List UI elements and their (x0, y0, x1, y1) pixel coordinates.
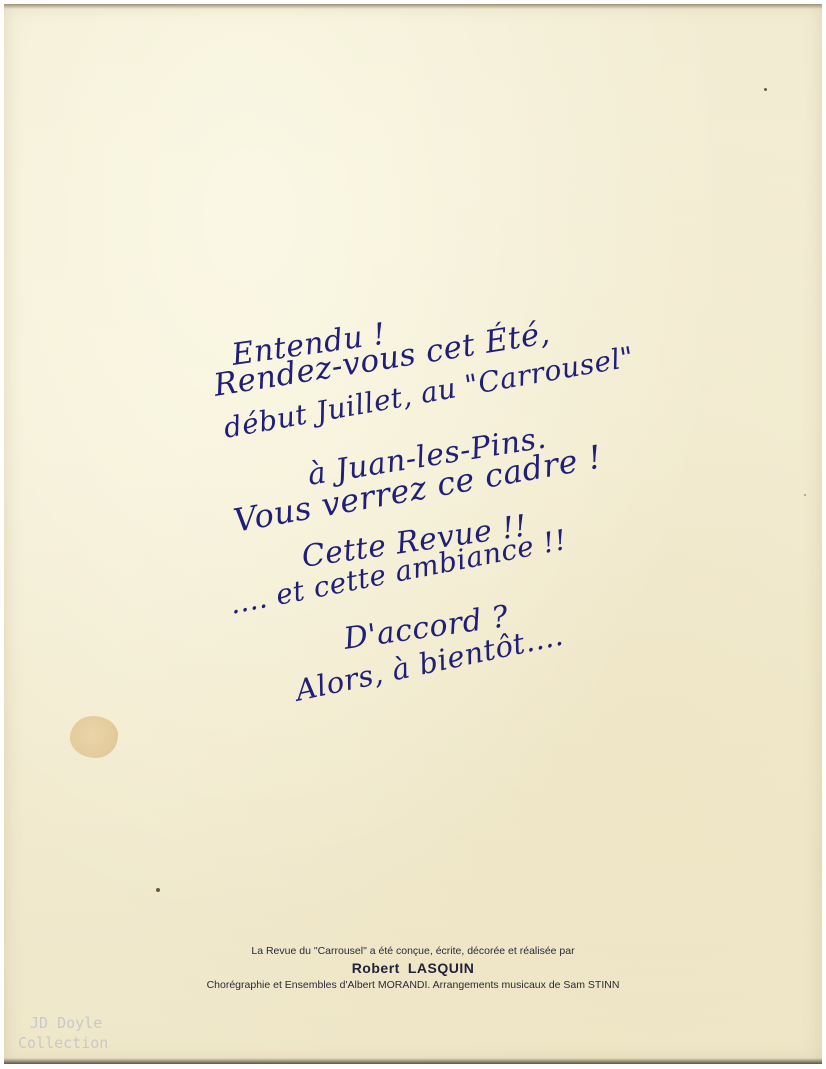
printed-credits: La Revue du "Carrousel" a été conçue, éc… (0, 944, 826, 992)
credit-line-2: Chorégraphie et Ensembles d'Albert MORAN… (0, 978, 826, 992)
collection-watermark: JD Doyle Collection (18, 1013, 108, 1053)
handwritten-note: Entendu ! Rendez-vous cet Été, début Jui… (0, 0, 826, 1069)
author-name: RobertLASQUIN (0, 958, 826, 978)
watermark-line-2: Collection (18, 1033, 108, 1053)
author-first-name: Robert (352, 960, 400, 976)
author-last-name: LASQUIN (408, 960, 475, 976)
watermark-line-1: JD Doyle (18, 1013, 108, 1033)
credit-line-1: La Revue du "Carrousel" a été conçue, éc… (0, 944, 826, 958)
